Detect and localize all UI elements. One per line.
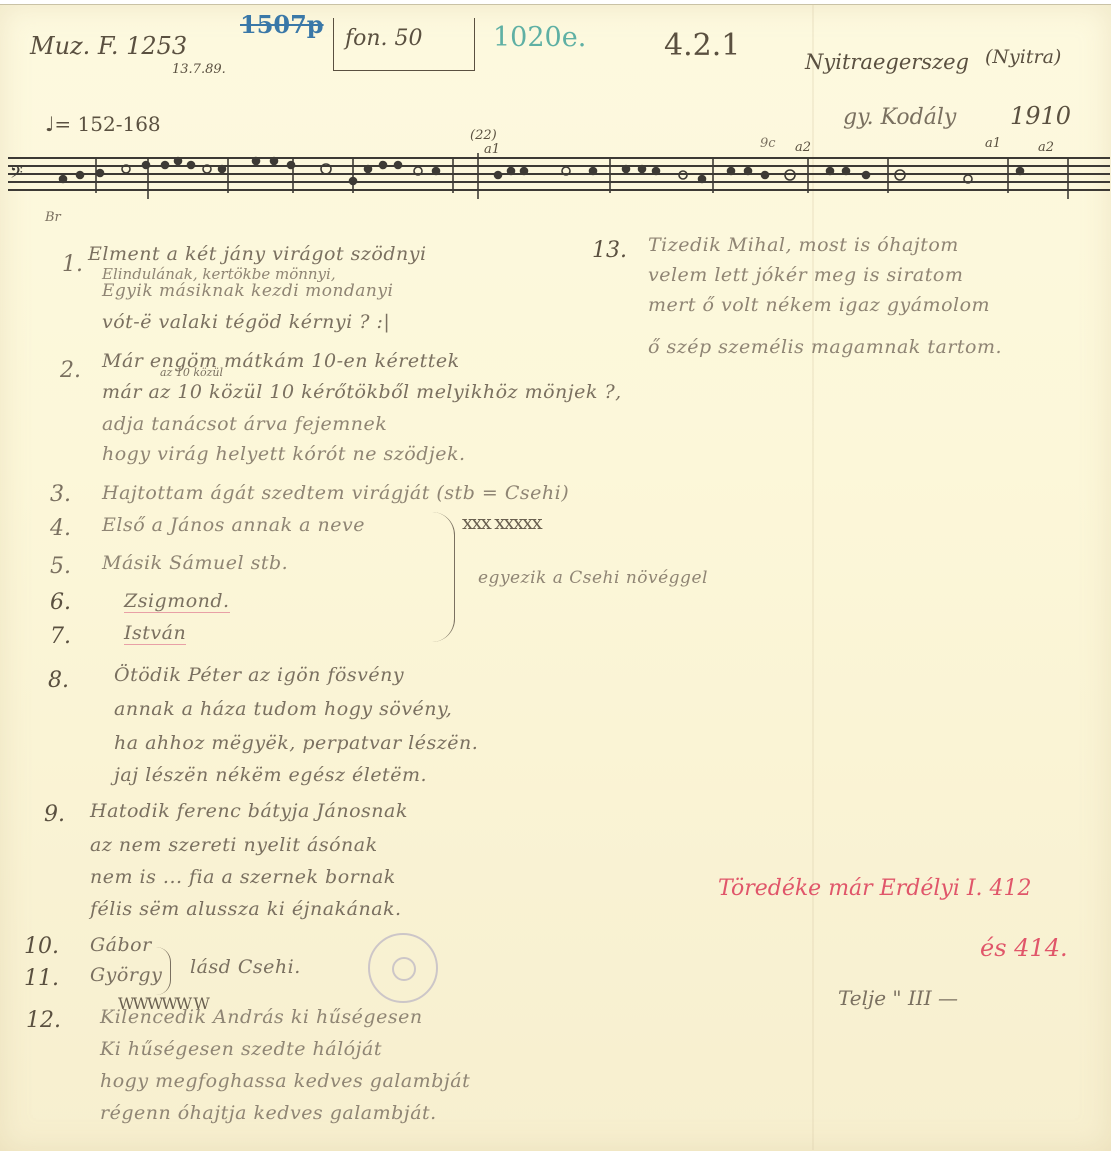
catalog-reference: Muz. F. 1253 (30, 32, 187, 60)
verse-line: vót-ë valaki tégöd kérnyi ? :| (102, 311, 390, 333)
verse-line: Hatodik ferenc bátyja Jánosnak (90, 800, 408, 822)
interline-insertion: az 10 közül (160, 366, 223, 379)
verse-line: az nem szereti nyelit ásónak (90, 834, 378, 856)
brace-verses-4-7 (432, 512, 455, 642)
verse-line: adja tanácsot árva fejemnek (102, 413, 387, 435)
music-staff: 𝄢 (8, 157, 1110, 193)
verse-number: 7. (50, 624, 71, 649)
verse-line: Gábor (90, 934, 152, 956)
verse-number: 11. (24, 966, 59, 991)
tempo-marking: ♩= 152-168 (45, 112, 161, 136)
verse-line: hogy virág helyett kórót ne szödjek. (102, 443, 466, 465)
brace-note: lásd Csehi. (190, 956, 301, 978)
verse-number: 9. (44, 802, 65, 827)
verse-line: Ki hűségesen szedte hálóját (100, 1038, 382, 1060)
verse-number: 1. (62, 252, 83, 277)
collector-name: gy. Kodály (843, 105, 956, 130)
red-reference-note: Töredéke már Erdélyi I. 412 (718, 876, 1032, 901)
verse-number: 5. (50, 554, 71, 579)
verse-line: György (90, 964, 162, 986)
music-annotation-9c: 9c (760, 136, 776, 151)
verse-number: 12. (26, 1008, 61, 1033)
pencil-note: Telje " III — (838, 986, 958, 1010)
crossed-out-text: xxx xxxxx (462, 510, 541, 534)
brace-verses-10-11 (156, 947, 171, 995)
classification-number: 4.2.1 (664, 28, 740, 63)
verse-line: Első a János annak a neve (102, 514, 365, 536)
verse-number: 8. (48, 668, 69, 693)
verse-line: Tizedik Mihal, most is óhajtom (648, 234, 959, 256)
library-stamp-icon (368, 933, 438, 1003)
music-annotation-a2: a2 (795, 140, 811, 155)
music-annotation-a2-second: a2 (1038, 140, 1054, 155)
verse-line: Zsigmond. (124, 590, 230, 613)
verse-line: már az 10 közül 10 kérőtökből melyikhöz … (102, 381, 622, 403)
verse-line: Elment a két jány virágot szödnyi (88, 243, 427, 265)
verse-line: annak a háza tudom hogy sövény, (114, 698, 452, 720)
verse-line: István (124, 622, 186, 645)
verse-line: mert ő volt nékem igaz gyámolom (648, 294, 990, 316)
svg-text:𝄢: 𝄢 (10, 162, 23, 186)
music-annotation-22: (22) (470, 128, 497, 143)
music-annotation-a1-second: a1 (985, 136, 1001, 151)
verse-line: régenn óhajtja kedves galambját. (100, 1102, 437, 1124)
verse-line: velem lett jókér meg is siratom (648, 264, 963, 286)
verse-line: félis sëm alussza ki éjnakának. (90, 898, 402, 920)
verse-number: 10. (24, 934, 59, 959)
verse-line: Már engöm mátkám 10-en kérettek (102, 350, 460, 372)
place-alt: (Nyitra) (985, 46, 1061, 68)
verse-line: Ötödik Péter az igön fösvény (114, 664, 404, 686)
teal-number: 1020e. (493, 22, 586, 53)
verse-number: 6. (50, 590, 71, 615)
verse-number: 2. (60, 358, 81, 383)
music-beneath-label: Br (45, 210, 61, 225)
verse-number: 4. (50, 516, 71, 541)
verse-number: 3. (50, 482, 71, 507)
brace-note: egyezik a Csehi növéggel (478, 568, 708, 588)
verse-line: Másik Sámuel stb. (102, 552, 288, 574)
verse-line: hogy megfoghassa kedves galambját (100, 1070, 470, 1092)
box-label: fon. 50 (345, 26, 423, 51)
collection-year: 1910 (1010, 102, 1071, 130)
music-annotation-a1: a1 (484, 142, 500, 157)
verse-number: 13. (592, 238, 627, 263)
verse-line: Egyik másiknak kezdi mondanyi (102, 281, 393, 301)
place-name: Nyitraegerszeg (805, 50, 969, 74)
catalog-date: 13.7.89. (172, 62, 226, 77)
verse-line: Hajtottam ágát szedtem virágját (stb = C… (102, 482, 569, 504)
verse-line: ha ahhoz mëgyëk, perpatvar lészën. (114, 732, 478, 754)
verse-line: nem is ... fia a szernek bornak (90, 866, 396, 888)
verse-line: jaj lészën nékëm egész életëm. (114, 764, 427, 786)
music-notes-icon: 𝄢 (8, 143, 1110, 213)
red-reference-note-2: és 414. (980, 934, 1068, 962)
verse-line: Kilencedik András ki hűségesen (100, 1006, 423, 1028)
verse-line: ő szép személis magamnak tartom. (648, 336, 1002, 358)
blue-annotation: 1507p (240, 10, 324, 39)
